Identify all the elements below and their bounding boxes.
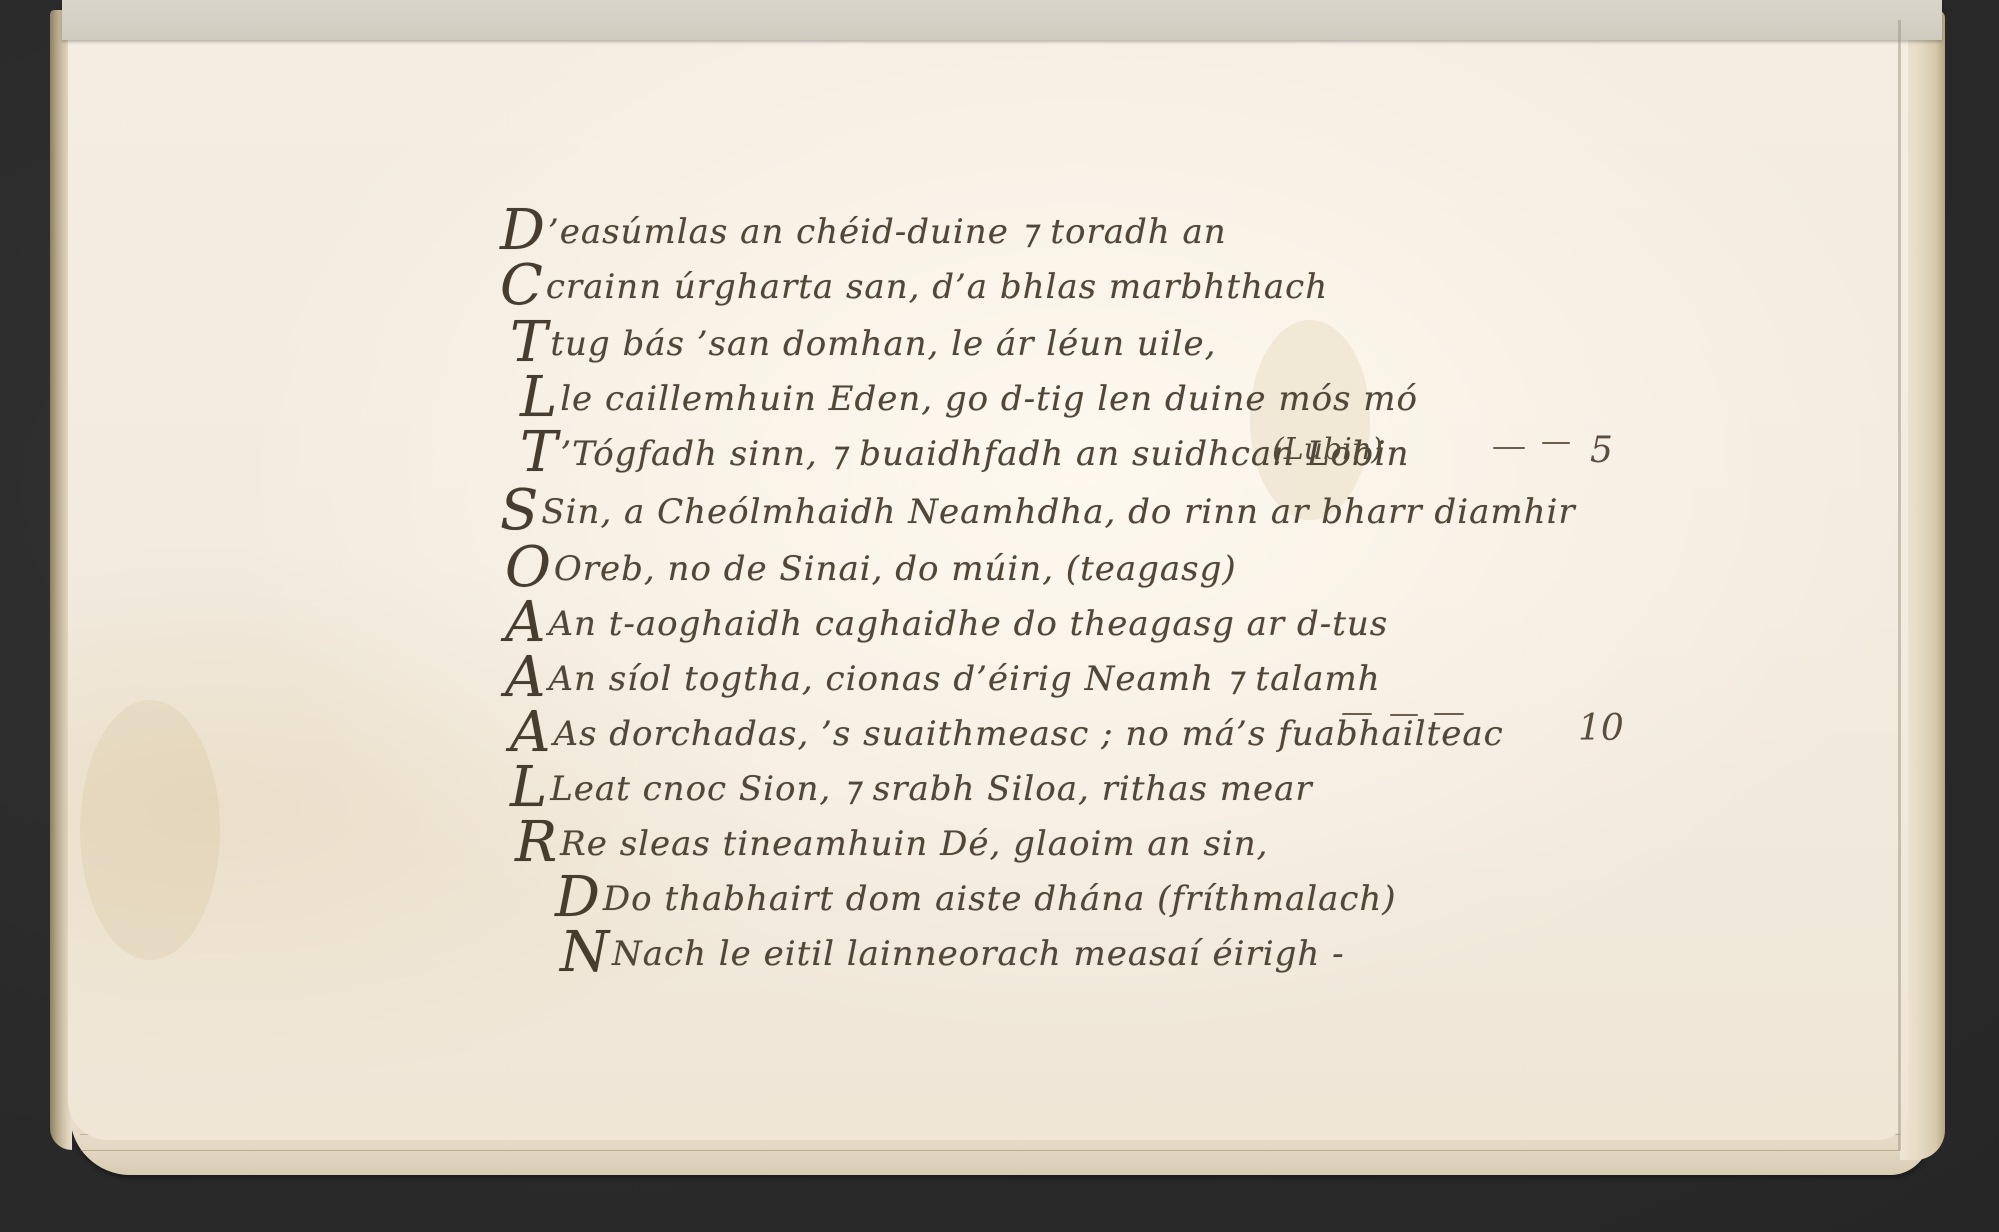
verse-line-14: NNach le eitil lainneorach measaí éirigh… — [560, 920, 1345, 985]
margin-dash — [1542, 442, 1570, 444]
margin-dash — [1493, 447, 1525, 449]
marginal-gloss: (Lubin) — [1272, 432, 1383, 467]
line-number-10: 10 — [1578, 708, 1624, 749]
initial-letter: T — [520, 420, 558, 485]
verse-line-2: Ccrainn úrgharta san, d’a bhlas marbhtha… — [500, 253, 1328, 318]
initial-letter: N — [560, 920, 610, 985]
margin-dash — [1434, 713, 1464, 715]
initial-letter: C — [500, 253, 544, 318]
manuscript-text: D’easúmlas an chéid-duine ⁊ toradh an Cc… — [0, 0, 1999, 1232]
initial-letter: R — [515, 810, 558, 875]
verse-line-6: SSin, a Cheólmhaidh Neamhdha, do rinn ar… — [500, 478, 1576, 543]
margin-dash — [1390, 714, 1418, 716]
initial-letter: S — [500, 478, 539, 543]
margin-dash — [1342, 713, 1372, 715]
line-number-5: 5 — [1590, 430, 1613, 471]
